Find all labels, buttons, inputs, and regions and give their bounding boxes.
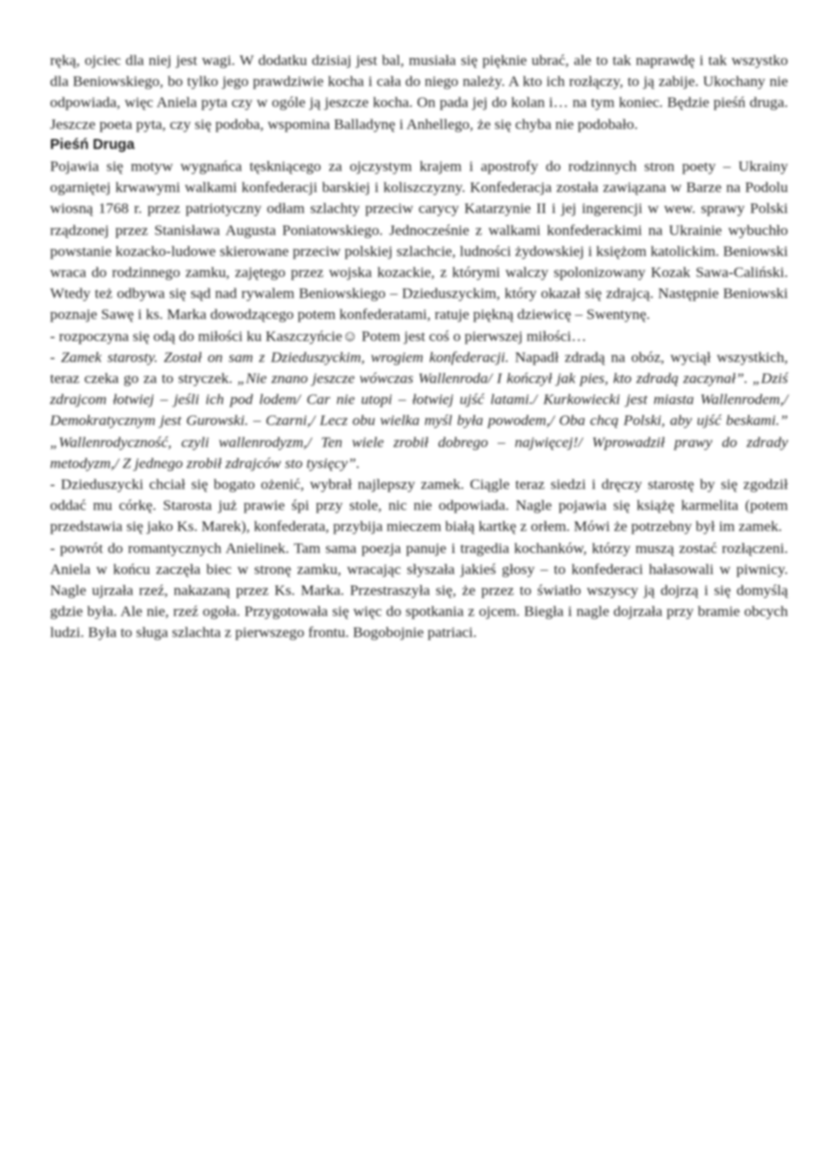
paragraph-anielinki: - powrót do romantycznych Anielinek. Tam… xyxy=(50,538,788,644)
paragraph-ode: - rozpoczyna się odą do miłości ku Kaszc… xyxy=(50,326,788,347)
intro-paragraph: ręką, ojciec dla niej jest wagi. W dodat… xyxy=(50,50,788,135)
castle-lead-2: Został on sam z Dzieduszyckim, wrogiem k… xyxy=(164,349,509,366)
paragraph-context: Pojawia się motyw wygnańca tęskniącego z… xyxy=(50,156,788,326)
section-heading: Pieśń Druga xyxy=(50,135,788,156)
castle-lead: - Zamek starosty. xyxy=(50,349,158,366)
document-page: ręką, ojciec dla niej jest wagi. W dodat… xyxy=(0,0,826,1169)
paragraph-castle: - Zamek starosty. Został on sam z Dziedu… xyxy=(50,347,788,474)
paragraph-dzieduszycki: - Dzieduszycki chciał się bogato ożenić,… xyxy=(50,474,788,538)
